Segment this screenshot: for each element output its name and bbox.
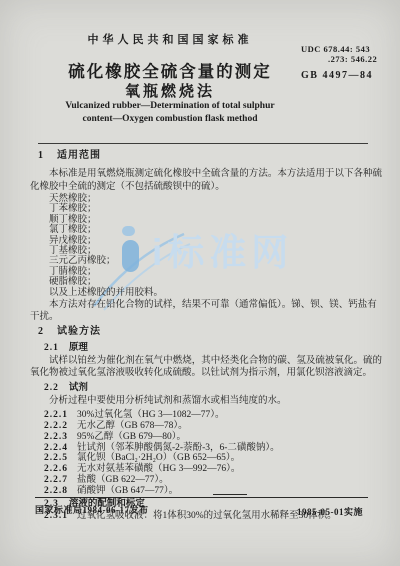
list-item: 丁苯橡胶； xyxy=(49,204,382,214)
document-title-line1: 硫化橡胶全硫含量的测定 xyxy=(35,58,305,82)
list-item: 以及上述橡胶的并用胶料。 xyxy=(49,288,382,298)
title-en-line2: content—Oxygen combustion flask method xyxy=(20,113,320,126)
reagent-item: 2.2.4钍试剂（邻苯胂酸偶氮-2-萘酚-3，6-二磺酸钠）。 xyxy=(44,443,382,454)
clause-text: 硝酸钾（GB 647—77）。 xyxy=(77,486,178,496)
clause-text: 钍试剂（邻苯胂酸偶氮-2-萘酚-3，6-二磺酸钠）。 xyxy=(77,443,280,453)
clause-2-2-title: 试剂 xyxy=(69,383,88,393)
clause-2-3-title: 溶液的配制和标定 xyxy=(69,499,145,509)
clause-number: 2.2.7 xyxy=(44,475,68,485)
clause-text: 氯化钡（BaCl₂·2H₂O）（GB 652—65）。 xyxy=(77,453,240,463)
document-title-english: Vulcanized rubber—Determination of total… xyxy=(20,100,320,125)
rubber-type-list: 天然橡胶； 丁苯橡胶； 顺丁橡胶； 氯丁橡胶； 异戊橡胶； 丁基橡胶； 三元乙丙… xyxy=(30,194,382,298)
clause-text: 无水对氨基苯磺酸（HG 3—992—76）。 xyxy=(77,464,240,474)
list-item: 丁腈橡胶； xyxy=(49,267,382,277)
section-1-title: 适用范围 xyxy=(57,150,101,161)
section-2-number: 2 xyxy=(38,326,45,337)
reagents-intro-paragraph: 分析过程中要使用分析纯试剂和蒸馏水或相当纯度的水。 xyxy=(30,395,382,407)
clause-2-2-heading: 2.2试剂 xyxy=(44,382,382,394)
reagent-item: 2.2.5氯化钡（BaCl₂·2H₂O）（GB 652—65）。 xyxy=(44,453,382,464)
list-item: 顺丁橡胶； xyxy=(49,215,382,225)
solution-item: 2.3.1过氧化氢吸收液：将1体积30%的过氧化氢用水稀释至30体积。 xyxy=(44,511,382,522)
clause-number: 2.2.3 xyxy=(44,432,68,442)
reagent-item: 2.2.395%乙醇（GB 679—80）。 xyxy=(44,432,382,443)
udc-line2: .273: 546.22 xyxy=(328,54,377,64)
reagent-item: 2.2.7盐酸（GB 622—77）。 xyxy=(44,475,382,486)
clause-2-2-number: 2.2 xyxy=(44,383,59,393)
clause-text: 30%过氧化氢（HG 3—1082—77）。 xyxy=(77,410,225,420)
clause-text: 过氧化氢吸收液：将1体积30%的过氧化氢用水稀释至30体积。 xyxy=(77,511,337,521)
clause-number: 2.2.2 xyxy=(44,421,68,431)
section-1-number: 1 xyxy=(38,150,45,161)
document-body: 1适用范围 本标准是用氧燃烧瓶测定硫化橡胶中全硫含量的方法。本方法适用于以下各种… xyxy=(30,150,382,521)
scope-intro-paragraph: 本标准是用氧燃烧瓶测定硫化橡胶中全硫含量的方法。本方法适用于以下各种硫化橡胶中全… xyxy=(30,168,382,193)
reagent-item: 2.2.6无水对氨基苯磺酸（HG 3—992—76）。 xyxy=(44,464,382,475)
section-2-title: 试验方法 xyxy=(57,326,101,337)
header-divider xyxy=(38,143,368,144)
reagent-item: 2.2.2无水乙醇（GB 678—78）。 xyxy=(44,421,382,432)
clause-2-1-number: 2.1 xyxy=(44,343,59,353)
list-item: 三元乙丙橡胶； xyxy=(49,256,382,266)
clause-number: 2.2.4 xyxy=(44,443,68,453)
clause-number: 2.2.1 xyxy=(44,410,68,420)
clause-2-3-number: 2.3 xyxy=(44,499,59,509)
reagent-item: 2.2.8硝酸钾（GB 647—77）。 xyxy=(44,486,382,497)
scope-note: 本方法对存在铅化合物的试样，结果不可靠（通常偏低）。锑、钡、镁、钙盐有干扰。 xyxy=(30,299,382,323)
principle-paragraph: 试样以铂丝为催化剂在氧气中燃烧，其中烃类化合物的碳、氢及硫被氧化。硫的氧化物被过… xyxy=(30,355,382,380)
clause-number: 2.2.5 xyxy=(44,453,68,463)
document-title-line2: 氧瓶燃烧法 xyxy=(35,80,305,101)
clause-text: 盐酸（GB 622—77）。 xyxy=(77,475,169,485)
section-2-heading: 2试验方法 xyxy=(38,326,382,338)
section-1-heading: 1适用范围 xyxy=(38,150,382,162)
list-item: 天然橡胶； xyxy=(49,194,382,204)
clause-2-3-heading: 2.3溶液的配制和标定 xyxy=(44,498,382,510)
list-item: 氯丁橡胶； xyxy=(49,225,382,235)
clause-2-1-title: 原理 xyxy=(69,343,88,353)
clause-number: 2.2.6 xyxy=(44,464,68,474)
list-item: 硬脂橡胶； xyxy=(49,277,382,287)
standard-number: GB 4497—84 xyxy=(301,70,373,81)
clause-2-1-heading: 2.1原理 xyxy=(44,342,382,354)
clause-text: 无水乙醇（GB 678—78）。 xyxy=(77,421,188,431)
clause-number: 2.3.1 xyxy=(44,511,68,521)
title-en-line1: Vulcanized rubber—Determination of total… xyxy=(20,100,320,113)
udc-code: UDC 678.44: 543 .273: 546.22 xyxy=(301,44,377,64)
reagent-item: 2.2.130%过氧化氢（HG 3—1082—77）。 xyxy=(44,410,382,421)
udc-line1: UDC 678.44: 543 xyxy=(301,44,377,54)
clause-text: 95%乙醇（GB 679—80）。 xyxy=(77,432,186,442)
scanned-standard-page: 中华人民共和国国家标准 UDC 678.44: 543 .273: 546.22… xyxy=(0,0,400,566)
national-standard-heading: 中华人民共和国国家标准 xyxy=(35,31,305,47)
list-item: 丁基橡胶； xyxy=(49,246,382,256)
list-item: 异戊橡胶； xyxy=(49,236,382,246)
clause-number: 2.2.8 xyxy=(44,486,68,496)
